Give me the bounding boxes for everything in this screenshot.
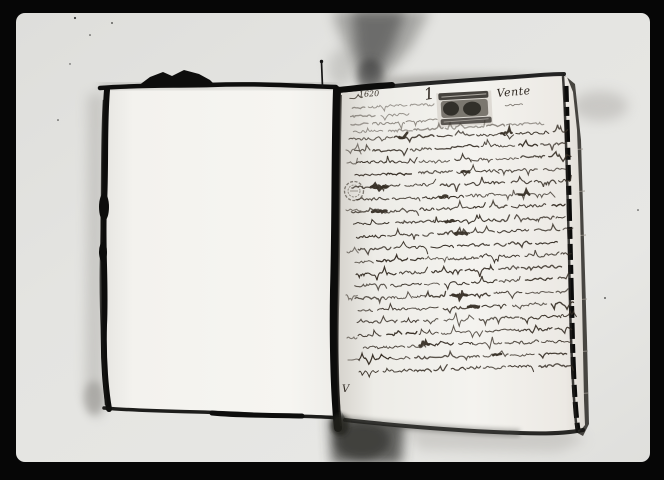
handwriting-stroke — [372, 210, 386, 212]
handwriting-stroke — [493, 354, 501, 355]
shadow-bottom-left-corner — [84, 381, 104, 415]
shadow-top-right — [572, 91, 628, 121]
handwriting-stroke — [462, 171, 469, 172]
open-book: 1620 1 Vente V — [99, 60, 589, 436]
handwriting-stroke — [455, 232, 466, 234]
left-char-blob-1 — [99, 193, 109, 221]
left-page-bottom-char-thick — [212, 413, 302, 416]
gutter-bottom-shadow — [331, 414, 349, 436]
left-char-blob-2 — [99, 242, 107, 262]
archival-photo: 1620 1 Vente V — [0, 0, 664, 480]
handwriting-stroke — [468, 306, 478, 308]
smoke-top-haze — [328, 49, 354, 87]
left-page — [105, 85, 336, 416]
